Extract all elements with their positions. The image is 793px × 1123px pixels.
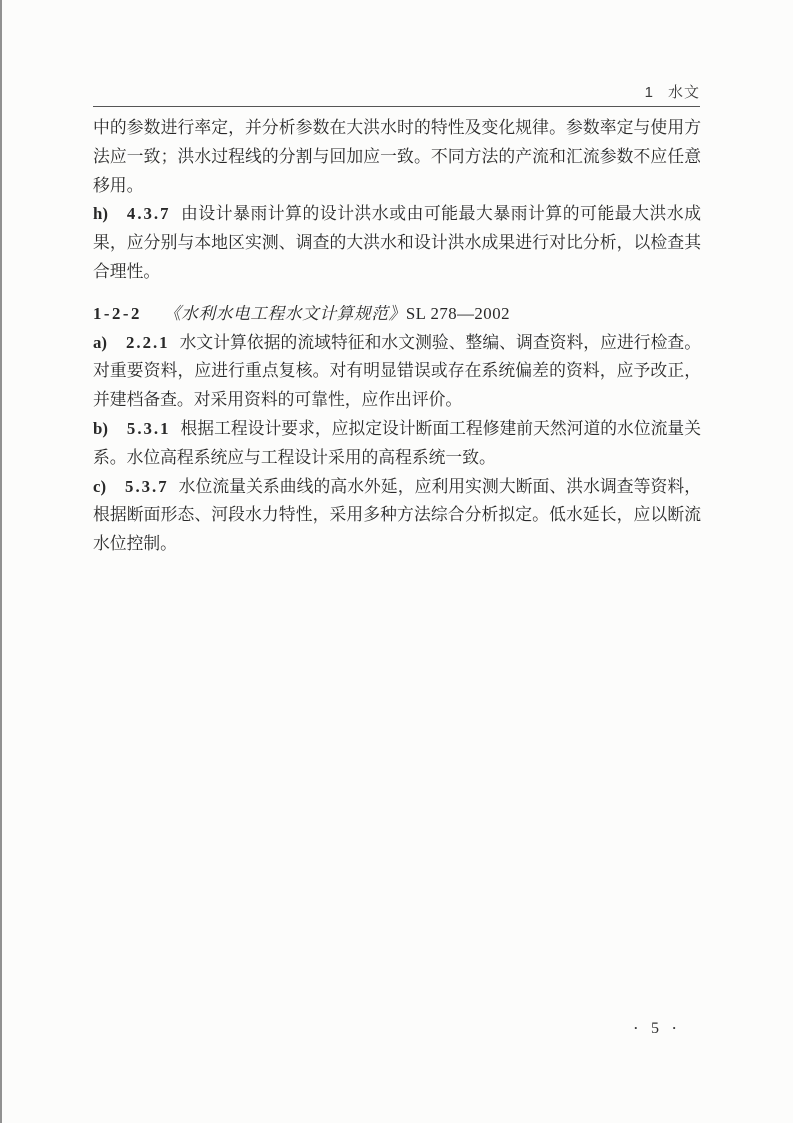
item-h-label: h) — [93, 204, 108, 223]
chapter-number: 1 — [645, 84, 654, 101]
section-number: 1-2-2 — [93, 304, 142, 323]
section-heading-1-2-2: 1-2-2《水利水电工程水文计算规范》SL 278—2002 — [93, 300, 701, 329]
scan-left-edge — [0, 0, 2, 1123]
section-standard-code: SL 278—2002 — [406, 304, 510, 323]
item-a-clause: 2.2.1 — [126, 333, 170, 352]
item-c-text: 水位流量关系曲线的高水外延，应利用实测大断面、洪水调查等资料，根据断面形态、河段… — [93, 477, 701, 554]
item-c-clause: 5.3.7 — [125, 477, 169, 496]
page-number-right-dot: · — [672, 1020, 676, 1035]
page-number-left-dot: · — [634, 1020, 638, 1035]
list-item-b: b)5.3.1根据工程设计要求，应拟定设计断面工程修建前天然河道的水位流量关系。… — [93, 415, 701, 473]
page-number-value: 5 — [651, 1020, 659, 1037]
running-header: 1水文 — [93, 84, 700, 102]
continuation-paragraph-text: 中的参数进行率定，并分析参数在大洪水时的特性及变化规律。参数率定与使用方法应一致… — [93, 118, 701, 195]
list-item-h: h)4.3.7由设计暴雨计算的设计洪水或由可能最大暴雨计算的可能最大洪水成果，应… — [93, 200, 701, 286]
section-standard-title: 《水利水电工程水文计算规范》 — [164, 304, 406, 323]
page-number: ·5· — [595, 1018, 715, 1039]
item-a-text: 水文计算依据的流域特征和水文测验、整编、调查资料，应进行检查。对重要资料，应进行… — [93, 333, 701, 410]
item-b-text: 根据工程设计要求，应拟定设计断面工程修建前天然河道的水位流量关系。水位高程系统应… — [93, 419, 701, 467]
list-item-a: a)2.2.1水文计算依据的流域特征和水文测验、整编、调查资料，应进行检查。对重… — [93, 329, 701, 415]
continuation-paragraph: 中的参数进行率定，并分析参数在大洪水时的特性及变化规律。参数率定与使用方法应一致… — [93, 114, 701, 200]
item-a-label: a) — [93, 333, 107, 352]
chapter-title: 水文 — [668, 84, 700, 101]
item-c-label: c) — [93, 477, 106, 496]
item-h-text: 由设计暴雨计算的设计洪水或由可能最大暴雨计算的可能最大洪水成果，应分别与本地区实… — [93, 204, 701, 281]
item-b-clause: 5.3.1 — [127, 419, 171, 438]
page-body: 中的参数进行率定，并分析参数在大洪水时的特性及变化规律。参数率定与使用方法应一致… — [93, 114, 701, 559]
list-item-c: c)5.3.7水位流量关系曲线的高水外延，应利用实测大断面、洪水调查等资料，根据… — [93, 473, 701, 559]
item-h-clause: 4.3.7 — [127, 204, 171, 223]
item-b-label: b) — [93, 419, 108, 438]
header-rule — [93, 106, 700, 107]
